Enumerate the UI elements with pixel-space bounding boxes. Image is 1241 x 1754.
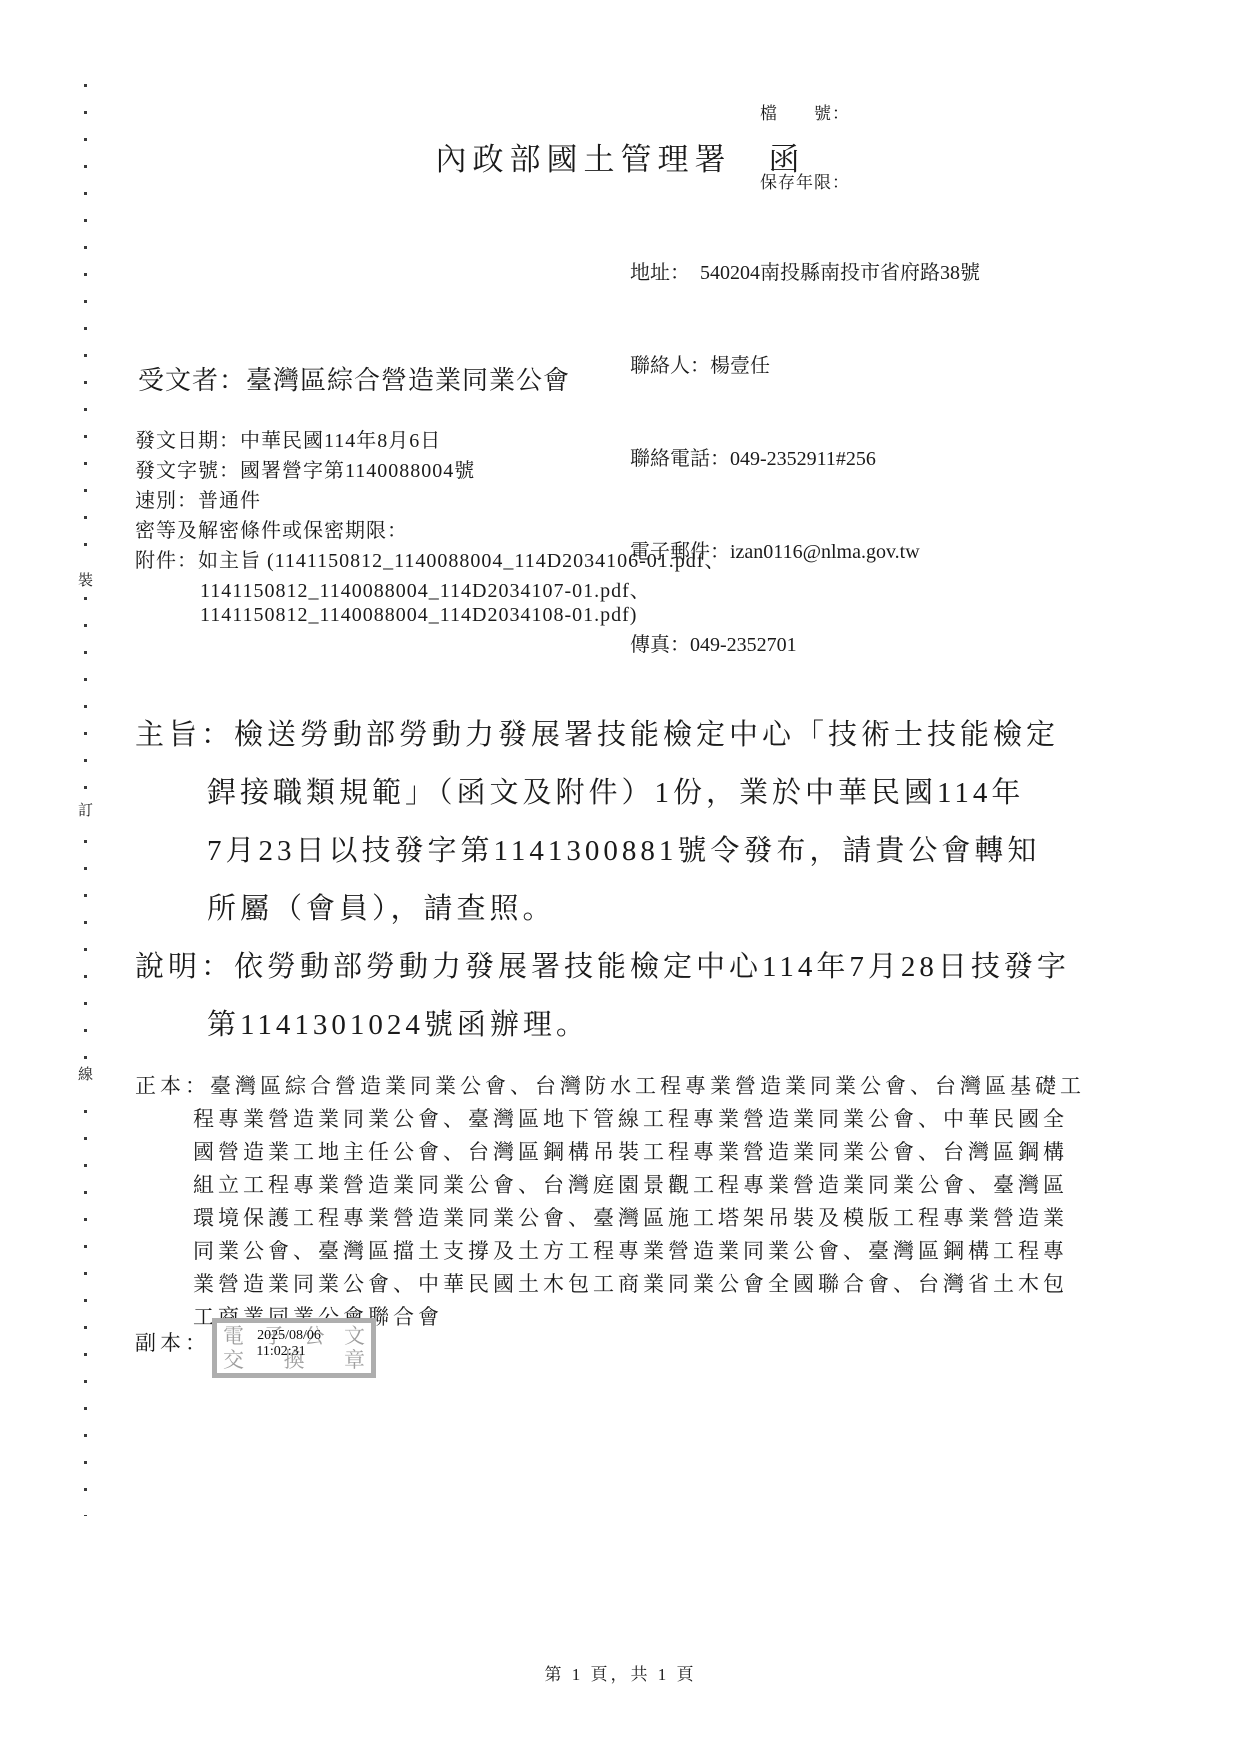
security-line: 密等及解密條件或保密期限： — [135, 514, 725, 544]
original-copy-block: 正本：臺灣區綜合營造業同業公會、台灣防水工程專業營造業同業公會、台灣區基礎工 程… — [135, 1070, 1085, 1334]
binding-mark-ding: 訂 — [75, 796, 96, 823]
issue-date-line: 發文日期：中華民國114年8月6日 — [135, 424, 725, 454]
explanation-line-2: 第1141301024號函辦理。 — [207, 1002, 1070, 1060]
subject-line-2: 銲接職類規範」（函文及附件）1份，業於中華民國114年 — [207, 770, 1059, 828]
page-number-footer: 第 1 頁，共 1 頁 — [0, 1660, 1241, 1685]
original-copy-line-7: 業營造業同業公會、中華民國土木包工商業同業公會全國聯合會、台灣省土木包 — [193, 1268, 1085, 1301]
stamp-time: 11:02:31 — [217, 1344, 345, 1360]
original-copy-line-5: 環境保護工程專業營造業同業公會、臺灣區施工塔架吊裝及模版工程專業營造業 — [193, 1202, 1085, 1235]
subject-line-1: 主旨：檢送勞動部勞動力發展署技能檢定中心「技術士技能檢定 — [135, 712, 1059, 770]
contact-fax: 傳真：049-2352701 — [630, 630, 980, 661]
file-number-label: 檔 號： — [760, 102, 850, 125]
document-title: 內政部國土管理署 函 — [0, 134, 1241, 179]
original-copy-line-6: 同業公會、臺灣區擋土支撐及土方工程專業營造業同業公會、臺灣區鋼構工程專 — [193, 1235, 1085, 1268]
binding-mark-zhuang: 裝 — [75, 566, 96, 593]
speed-line: 速別：普通件 — [135, 484, 725, 514]
subject-line-3: 7月23日以技發字第1141300881號令發布，請貴公會轉知 — [207, 828, 1059, 886]
stamp-date: 2025/08/06 — [217, 1328, 361, 1344]
explanation-line-1: 說明：依勞動部勞動力發展署技能檢定中心114年7月28日技發字 — [135, 944, 1070, 1002]
document-meta-block: 發文日期：中華民國114年8月6日 發文字號：國署營字第1140088004號 … — [135, 424, 725, 634]
contact-address: 地址： 540204南投縣南投市省府路38號 — [630, 258, 980, 289]
attachment-line-3: 1141150812_1140088004_114D2034108-01.pdf… — [200, 604, 725, 634]
subject-line-4: 所屬（會員），請查照。 — [207, 886, 1059, 944]
cc-label: 副本： — [135, 1327, 210, 1357]
electronic-exchange-stamp: 電 子 公 文 交 換 章 2025/08/06 11:02:31 — [212, 1318, 376, 1378]
original-copy-line-2: 程專業營造業同業公會、臺灣區地下管線工程專業營造業同業公會、中華民國全 — [193, 1103, 1085, 1136]
original-copy-line-1: 正本：臺灣區綜合營造業同業公會、台灣防水工程專業營造業同業公會、台灣區基礎工 — [135, 1070, 1085, 1103]
subject-block: 主旨：檢送勞動部勞動力發展署技能檢定中心「技術士技能檢定 銲接職類規範」（函文及… — [135, 712, 1059, 944]
doc-number-line: 發文字號：國署營字第1140088004號 — [135, 454, 725, 484]
original-copy-line-3: 國營造業工地主任公會、台灣區鋼構吊裝工程專業營造業同業公會、台灣區鋼構 — [193, 1136, 1085, 1169]
contact-person: 聯絡人：楊壹任 — [630, 351, 980, 382]
binding-mark-xian: 線 — [75, 1060, 96, 1087]
original-copy-line-4: 組立工程專業營造業同業公會、台灣庭園景觀工程專業營造業同業公會、臺灣區 — [193, 1169, 1085, 1202]
official-letter-page: 裝 訂 線 檔 號： 保存年限： 內政部國土管理署 函 地址： 540204南投… — [0, 0, 1241, 1754]
attachment-line-2: 1141150812_1140088004_114D2034107-01.pdf… — [200, 574, 725, 604]
explanation-block: 說明：依勞動部勞動力發展署技能檢定中心114年7月28日技發字 第1141301… — [135, 944, 1070, 1060]
recipient-line: 受文者：臺灣區綜合營造業同業公會 — [138, 360, 570, 397]
attachment-line-1: 附件：如主旨 (1141150812_1140088004_114D203410… — [135, 544, 725, 574]
stamp-datetime: 2025/08/06 11:02:31 — [217, 1323, 371, 1373]
